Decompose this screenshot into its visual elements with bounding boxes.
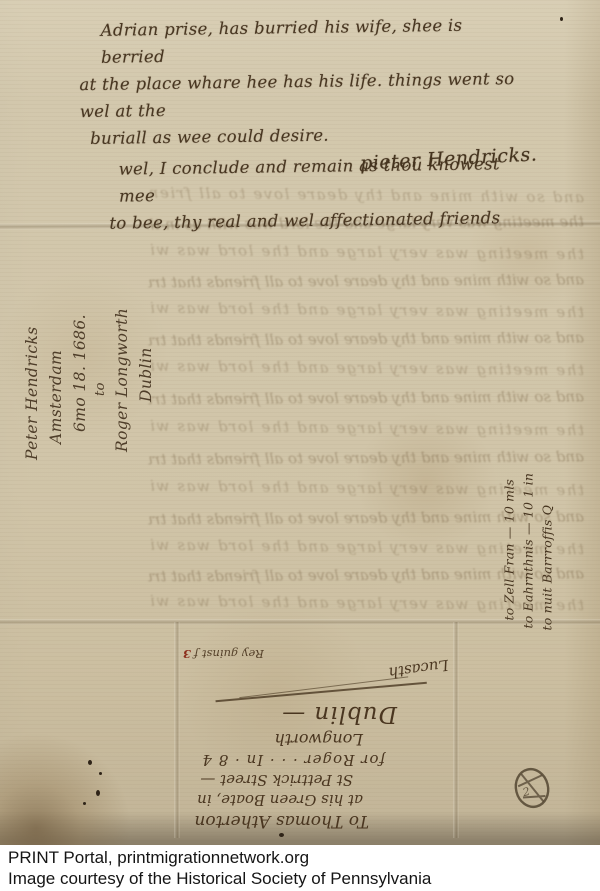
caption-band: PRINT Portal, printmigrationnetwork.org … xyxy=(0,845,600,891)
letter-body: Adrian prise, has burried his wife, shee… xyxy=(76,11,531,237)
stamp-numeral: 2 xyxy=(520,785,531,800)
ink-speck xyxy=(560,17,563,21)
red-postal-mark: 3 xyxy=(183,647,194,661)
docket-line: Roger Longworth xyxy=(110,245,134,452)
margin-account-note: to Zell Fran — 10 mls to Eahrnthnis — 10… xyxy=(500,399,595,631)
showthrough-line: and so with mine and thy deare love to a… xyxy=(148,270,584,297)
manuscript-letter-scan: and so with mine and thy deare love to a… xyxy=(0,0,600,891)
address-street: St Pettrick Street — xyxy=(177,770,353,790)
letter-line: Adrian prise, has burried his wife, shee… xyxy=(100,11,529,71)
address-surname: Longworth xyxy=(177,729,363,750)
docket-line: to xyxy=(92,245,110,396)
showthrough-line: the meeting was very large and the lord … xyxy=(148,241,584,270)
docket-line: Amsterdam xyxy=(44,245,68,444)
showthrough-line: and so with mine and thy deare love to a… xyxy=(148,328,584,355)
docket-line: Peter Hendricks xyxy=(20,245,44,460)
ink-speck xyxy=(96,790,100,796)
address-forward: for Roger · · · In · 8 4 xyxy=(177,750,385,770)
address-panel: To Thomas Atherton at his Green Boate, i… xyxy=(177,621,455,836)
address-house: at his Green Boate, in xyxy=(177,790,363,810)
postal-note-text: Rey guinst ƒ xyxy=(194,647,264,661)
letter-line: at the place whare hee has his life. thi… xyxy=(79,65,530,125)
account-note-line: to Eahrnthnis — 10 1 in xyxy=(519,399,538,629)
caption-credit: Image courtesy of the Historical Society… xyxy=(8,868,600,889)
showthrough-line: the meeting was very large and the lord … xyxy=(148,357,584,386)
address-city: Dublin — xyxy=(177,699,397,729)
docket-line: Dublin xyxy=(134,245,158,402)
showthrough-line: the meeting was very large and the lord … xyxy=(148,299,584,328)
endorsement-docket: Peter Hendricks Amsterdam 6mo 18. 1686. … xyxy=(20,245,165,460)
ink-speck xyxy=(83,802,86,805)
ink-speck xyxy=(88,760,92,765)
ink-speck xyxy=(279,833,284,837)
ink-speck xyxy=(99,772,102,775)
docket-line: 6mo 18. 1686. xyxy=(68,245,92,432)
caption-source: PRINT Portal, printmigrationnetwork.org xyxy=(8,847,600,868)
address-recipient: To Thomas Atherton xyxy=(177,810,369,832)
account-note-line: to nuit Barrroffis Q xyxy=(538,399,557,631)
account-note-line: to Zell Fran — 10 mls xyxy=(500,399,519,621)
